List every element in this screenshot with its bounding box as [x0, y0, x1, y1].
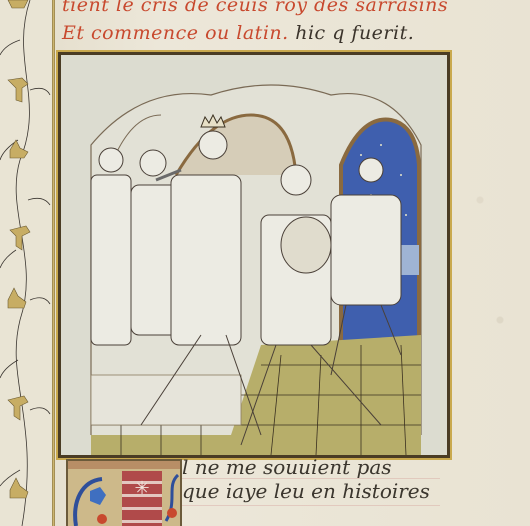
rubric-red-text: Et commence ou latin.	[62, 22, 289, 44]
rubric-line-1: tient le cris de ceuis roy des sarrasins	[62, 0, 448, 16]
cross-icon: ✳	[132, 479, 152, 499]
ruling-line	[180, 505, 440, 506]
miniature-painting	[58, 52, 450, 458]
gold-rule	[52, 0, 55, 526]
body-line-2: que iaye leu en histoires	[182, 479, 430, 503]
manuscript-page: tient le cris de ceuis roy des sarrasins…	[0, 0, 530, 526]
blue-vine-icon	[72, 471, 116, 526]
illuminated-initial: ✳	[66, 459, 182, 526]
body-text: l ne me souuient pas que iaye leu en his…	[182, 455, 430, 503]
heraldic-shield: ✳	[122, 471, 162, 526]
rubric-line-2: Et commence ou latin. hic q fuerit.	[62, 22, 414, 44]
vine-ornament-icon	[0, 0, 52, 526]
body-line-1: l ne me souuient pas	[182, 455, 430, 479]
initial-bar	[68, 461, 180, 469]
miniature-scene-icon	[61, 55, 447, 455]
decorated-border	[0, 0, 52, 526]
rubric-black-text: hic q fuerit.	[289, 22, 415, 44]
blue-vine-icon	[164, 471, 180, 526]
